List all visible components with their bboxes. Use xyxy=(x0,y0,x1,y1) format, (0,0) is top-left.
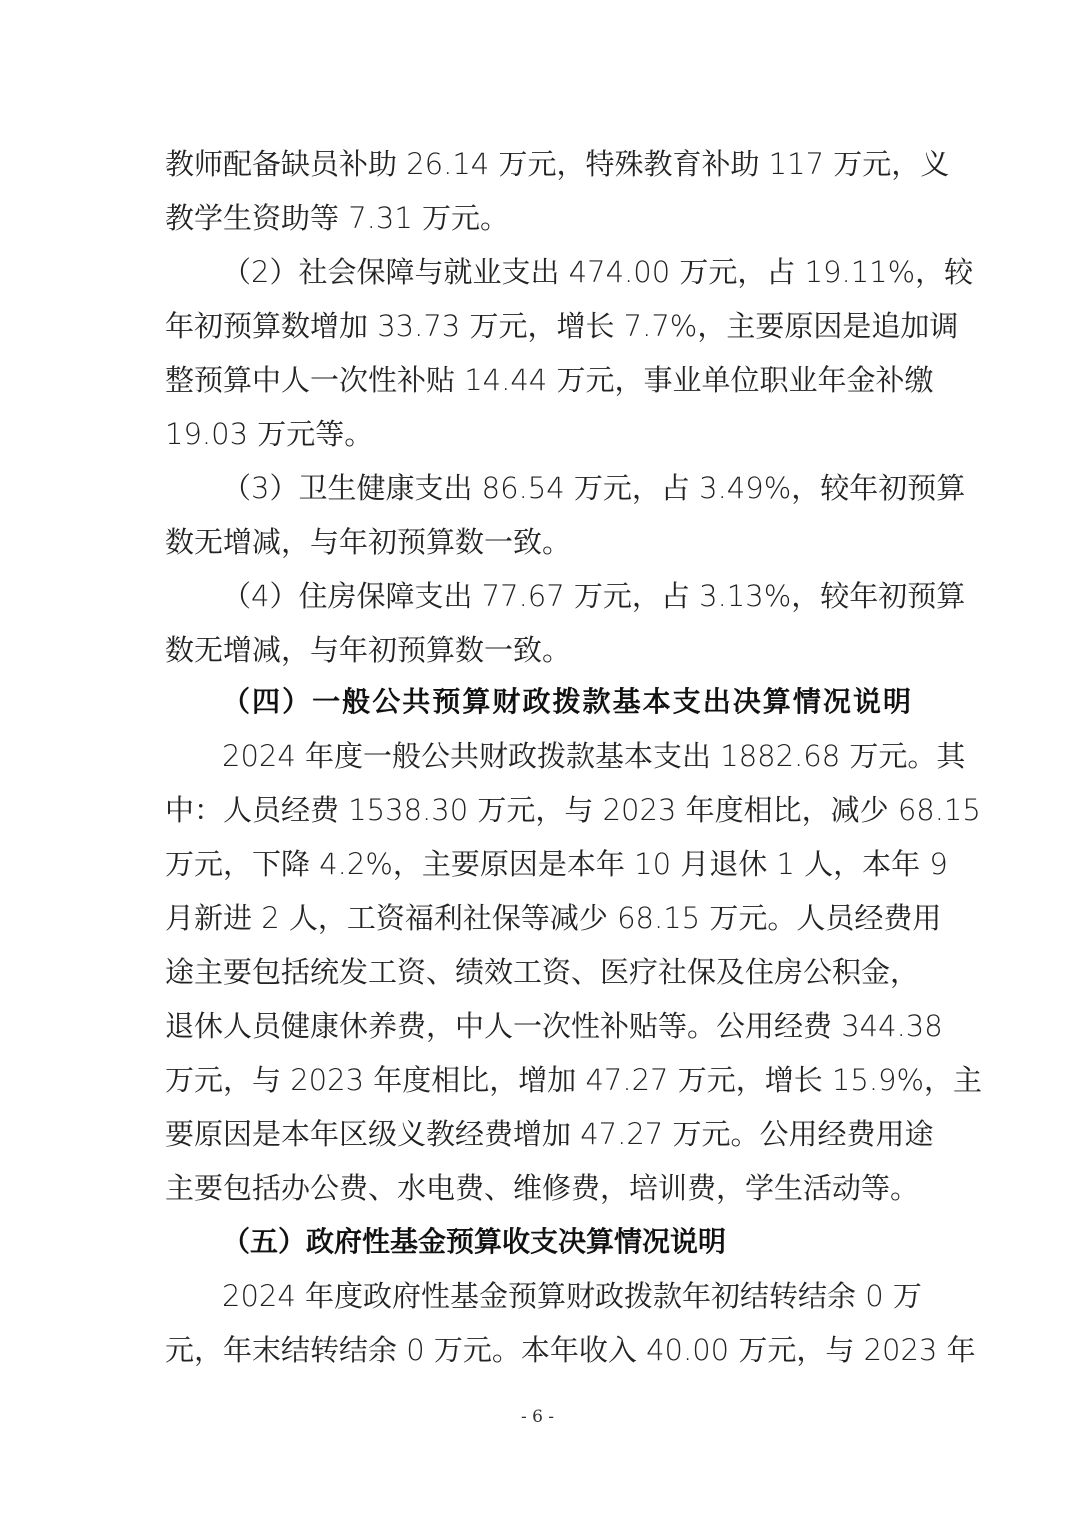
paragraph-line: 月新进 2 人，工资福利社保等减少 68.15 万元。人员经费用 xyxy=(165,900,911,936)
paragraph-line: 中：人员经费 1538.30 万元，与 2023 年度相比，减少 68.15 xyxy=(165,792,911,828)
paragraph-line: 万元，与 2023 年度相比，增加 47.27 万元，增长 15.9%，主 xyxy=(165,1062,911,1098)
paragraph-line: 数无增减，与年初预算数一致。 xyxy=(165,632,911,668)
paragraph-line: 元，年末结转结余 0 万元。本年收入 40.00 万元，与 2023 年 xyxy=(165,1332,911,1368)
page-number: - 6 - xyxy=(0,1407,1075,1427)
paragraph-line: 2024 年度政府性基金预算财政拨款年初结转结余 0 万 xyxy=(222,1278,911,1314)
paragraph-line: 19.03 万元等。 xyxy=(165,416,911,452)
paragraph-line: 教学生资助等 7.31 万元。 xyxy=(165,200,911,236)
document-page: 教师配备缺员补助 26.14 万元，特殊教育补助 117 万元，义 教学生资助等… xyxy=(0,0,1075,1520)
section-heading-4: （四）一般公共预算财政拨款基本支出决算情况说明 xyxy=(222,684,911,720)
paragraph-line: 万元，下降 4.2%，主要原因是本年 10 月退休 1 人，本年 9 xyxy=(165,846,911,882)
paragraph-line: （3）卫生健康支出 86.54 万元，占 3.49%，较年初预算 xyxy=(222,470,911,506)
paragraph-line: 主要包括办公费、水电费、维修费，培训费，学生活动等。 xyxy=(165,1170,911,1206)
section-heading-5: （五）政府性基金预算收支决算情况说明 xyxy=(222,1224,726,1260)
paragraph-line: 2024 年度一般公共财政拨款基本支出 1882.68 万元。其 xyxy=(222,738,911,774)
paragraph-line: 整预算中人一次性补贴 14.44 万元，事业单位职业年金补缴 xyxy=(165,362,911,398)
paragraph-line: 途主要包括统发工资、绩效工资、医疗社保及住房公积金， xyxy=(165,954,911,990)
paragraph-line: 数无增减，与年初预算数一致。 xyxy=(165,524,911,560)
paragraph-line: 退休人员健康休养费，中人一次性补贴等。公用经费 344.38 xyxy=(165,1008,911,1044)
paragraph-line: 要原因是本年区级义教经费增加 47.27 万元。公用经费用途 xyxy=(165,1116,911,1152)
paragraph-line: 教师配备缺员补助 26.14 万元，特殊教育补助 117 万元，义 xyxy=(165,146,911,182)
paragraph-line: 年初预算数增加 33.73 万元，增长 7.7%，主要原因是追加调 xyxy=(165,308,911,344)
paragraph-line: （2）社会保障与就业支出 474.00 万元，占 19.11%，较 xyxy=(222,254,911,290)
paragraph-line: （4）住房保障支出 77.67 万元，占 3.13%，较年初预算 xyxy=(222,578,911,614)
